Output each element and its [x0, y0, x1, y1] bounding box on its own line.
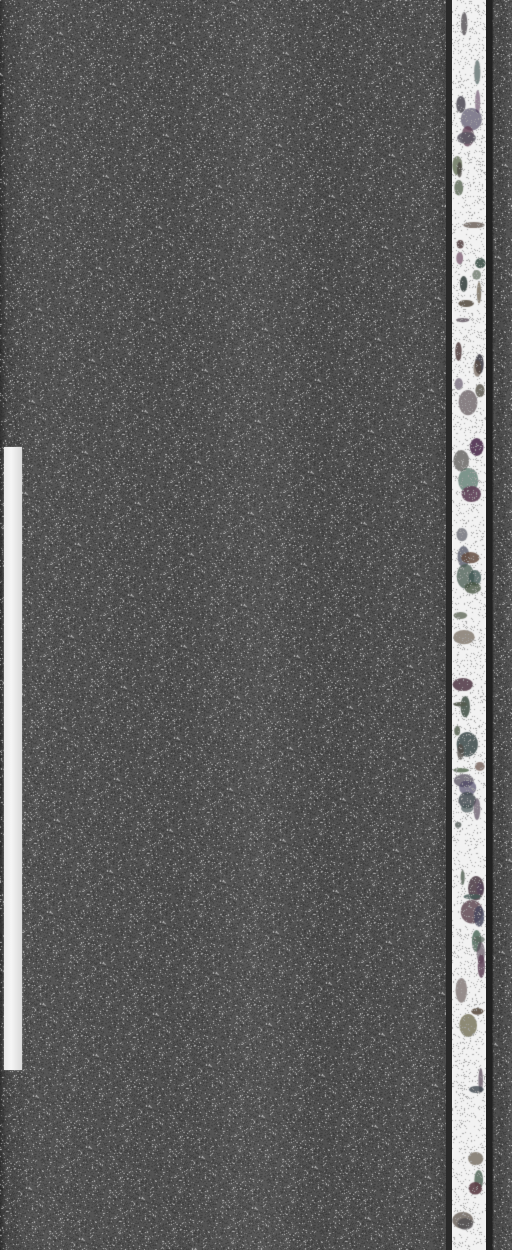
asphalt-grain [0, 0, 512, 1250]
road-surface-photo [0, 0, 512, 1250]
left-dashed-lane-marking [4, 447, 22, 1070]
edge-line-wear-patches [452, 0, 486, 1250]
